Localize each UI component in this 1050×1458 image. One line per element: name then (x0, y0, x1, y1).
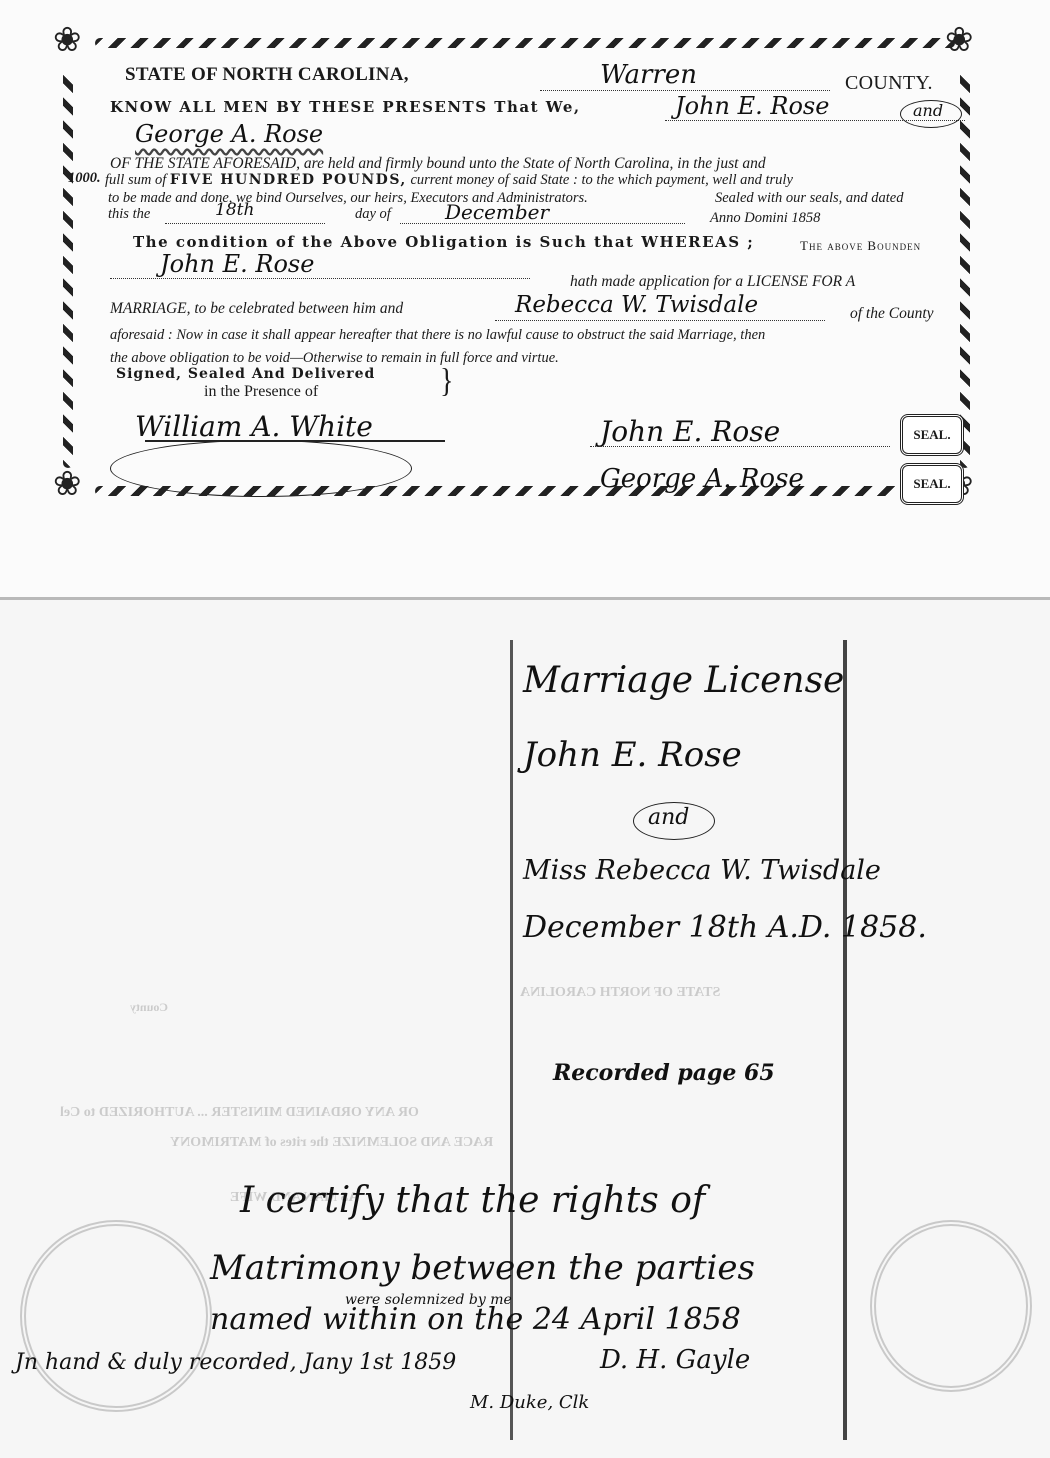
month-value: December (445, 200, 549, 224)
day-value: 18th (215, 200, 254, 220)
condition-heading: The condition of the Above Obligation is… (133, 233, 754, 251)
signed-sealed-delivered: Signed, Sealed And Delivered (116, 366, 375, 382)
license-groom: John E. Rose (523, 735, 742, 775)
recorded-filed-note: Jn hand & duly recorded, Jany 1st 1859 (15, 1350, 456, 1375)
bride-name: Rebecca W. Twisdale (515, 292, 758, 318)
county-value: Warren (600, 60, 697, 90)
rope-border-top (95, 38, 955, 48)
signature-line-1 (590, 446, 890, 447)
margin-amount: 1000. (68, 170, 101, 187)
ghost-text: RACE AND SOLEMNIZE the rites of MATRIMON… (170, 1135, 493, 1151)
ghost-text: County (130, 1000, 168, 1015)
state-heading: STATE OF NORTH CAROLINA, (125, 64, 409, 86)
full-sum-suffix: current money of said State : to the whi… (410, 172, 792, 188)
anno-domini: Anno Domini 1858 (710, 210, 820, 227)
bow-ornament-icon: ❀ (53, 24, 82, 58)
signature-george-a-rose: George A. Rose (600, 464, 804, 494)
sealed-line: Sealed with our seals, and dated (715, 190, 904, 207)
bow-ornament-icon: ❀ (945, 24, 974, 58)
marriage-bond-page: ❀ ❀ ❀ ❀ STATE OF NORTH CAROLINA, Warren … (0, 0, 1050, 600)
certification-line-1: I certify that the rights of (240, 1180, 705, 1221)
full-sum-amount: FIVE HUNDRED POUNDS, (170, 172, 407, 188)
clerk-signature: M. Duke, Clk (470, 1392, 589, 1413)
rope-border-right (960, 68, 970, 468)
embossed-seal (20, 1220, 212, 1412)
know-all-men: KNOW ALL MEN BY THESE PRESENTS That We, (110, 98, 581, 116)
county-label: COUNTY. (845, 72, 933, 95)
license-bride: Miss Rebecca W. Twisdale (523, 855, 881, 886)
brace: } (440, 363, 453, 401)
seal-1: SEAL. (900, 414, 964, 456)
license-and: and (648, 805, 689, 830)
certification-line-3: named within on the 24 April 1858 (210, 1302, 741, 1337)
full-sum-prefix: full sum of (105, 172, 166, 188)
witness-flourish (110, 440, 412, 497)
above-bounden: The above Bounden (800, 238, 921, 254)
now-in-case-line: aforesaid : Now in case it shall appear … (110, 327, 765, 344)
license-date: December 18th A.D. 1858. (523, 910, 927, 945)
this-the-label: this the (108, 206, 150, 223)
principal-name: John E. Rose (675, 92, 829, 120)
void-line: the above obligation to be void—Otherwis… (110, 350, 559, 367)
license-title: Marriage License (523, 660, 844, 701)
surety-name: George A. Rose (135, 120, 323, 148)
and-word: and (913, 101, 943, 120)
applicant-name: John E. Rose (160, 250, 314, 278)
officiant-signature: D. H. Gayle (600, 1345, 750, 1375)
rope-border-left (63, 68, 73, 468)
embossed-seal (870, 1220, 1032, 1392)
certification-line-2: Matrimony between the parties (210, 1248, 755, 1288)
aforesaid-line: OF THE STATE AFORESAID, are held and fir… (110, 155, 766, 173)
seal-2: SEAL. (900, 463, 964, 505)
in-presence-of: in the Presence of (204, 383, 318, 401)
bow-ornament-icon: ❀ (53, 468, 82, 502)
recorded-note: Recorded page 65 (553, 1060, 775, 1086)
ghost-text: OR ANY ORDAINED MINISTER ... AUTHORIZED … (60, 1105, 419, 1121)
marriage-line: MARRIAGE, to be celebrated between him a… (110, 300, 403, 318)
signature-john-e-rose: John E. Rose (600, 415, 780, 448)
hath-made-line: hath made application for a LICENSE FOR … (570, 273, 855, 291)
day-of-label: day of (355, 206, 391, 223)
of-the-county: of the County (850, 305, 934, 323)
witness-signature: William A. White (135, 410, 373, 443)
